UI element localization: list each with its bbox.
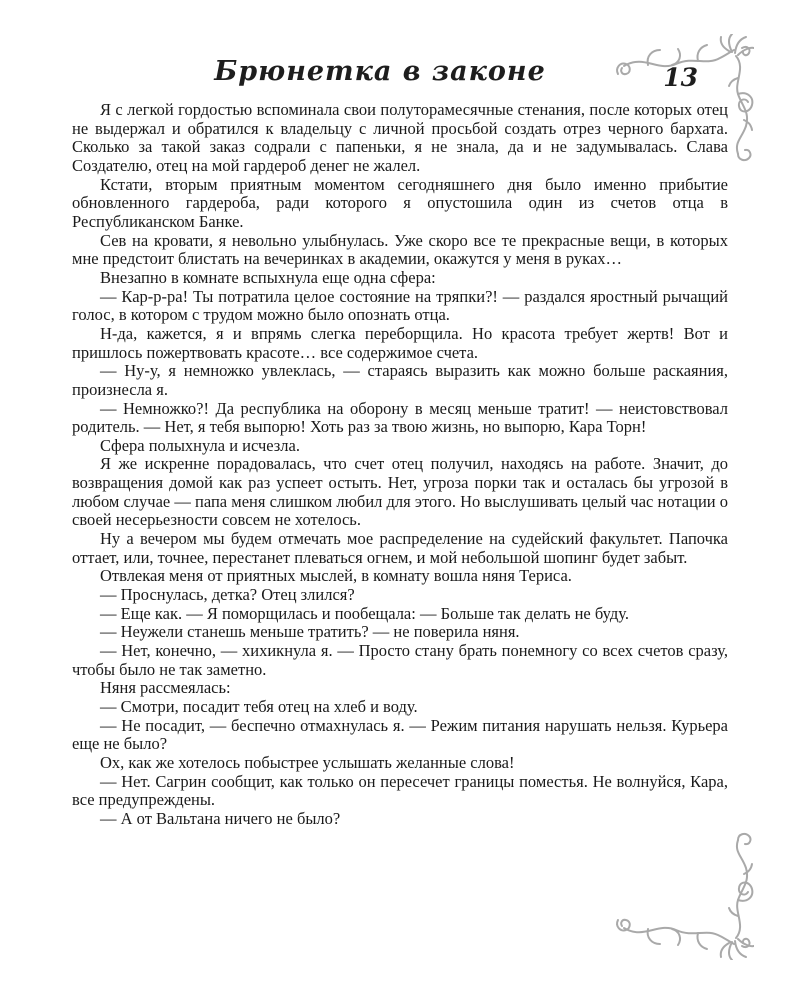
paragraph: Внезапно в комнате вспыхнула еще одна сф… bbox=[72, 269, 728, 288]
paragraph: Кстати, вторым приятным моментом сегодня… bbox=[72, 176, 728, 232]
paragraph: Ох, как же хотелось побыстрее услышать ж… bbox=[72, 754, 728, 773]
paragraph: Я же искренне порадовалась, что счет оте… bbox=[72, 455, 728, 530]
paragraph: — Смотри, посадит тебя отец на хлеб и во… bbox=[72, 698, 728, 717]
paragraph: — А от Вальтана ничего не было? bbox=[72, 810, 728, 829]
corner-flourish-bottom-right-icon bbox=[614, 832, 754, 960]
paragraph: — Кар-р-ра! Ты потратила целое состояние… bbox=[72, 288, 728, 325]
paragraph: Сев на кровати, я невольно улыбнулась. У… bbox=[72, 232, 728, 269]
paragraph: — Еще как. — Я поморщилась и пообещала: … bbox=[72, 605, 728, 624]
paragraph: Сфера полыхнула и исчезла. bbox=[72, 437, 728, 456]
paragraph: Н-да, кажется, я и впрямь слегка перебор… bbox=[72, 325, 728, 362]
paragraph: Няня рассмеялась: bbox=[72, 679, 728, 698]
running-title: Брюнетка в законе bbox=[0, 56, 760, 87]
paragraph: — Ну-у, я немножко увлеклась, — стараясь… bbox=[72, 362, 728, 399]
paragraph: — Проснулась, детка? Отец злился? bbox=[72, 586, 728, 605]
page-number: 13 bbox=[663, 63, 698, 92]
paragraph: — Нет, конечно, — хихикнула я. — Просто … bbox=[72, 642, 728, 679]
page-text: Я с легкой гордостью вспоминала свои пол… bbox=[72, 101, 728, 829]
paragraph: Ну а вечером мы будем отмечать мое распр… bbox=[72, 530, 728, 567]
paragraph: — Не посадит, — беспечно отмахнулась я. … bbox=[72, 717, 728, 754]
book-page: { "page": { "running_title": "Брюнетка в… bbox=[0, 0, 800, 1000]
paragraph: — Немножко?! Да республика на оборону в … bbox=[72, 400, 728, 437]
paragraph: Я с легкой гордостью вспоминала свои пол… bbox=[72, 101, 728, 176]
paragraph: Отвлекая меня от приятных мыслей, в комн… bbox=[72, 567, 728, 586]
paragraph: — Неужели станешь меньше тратить? — не п… bbox=[72, 623, 728, 642]
paragraph: — Нет. Сагрин сообщит, как только он пер… bbox=[72, 773, 728, 810]
